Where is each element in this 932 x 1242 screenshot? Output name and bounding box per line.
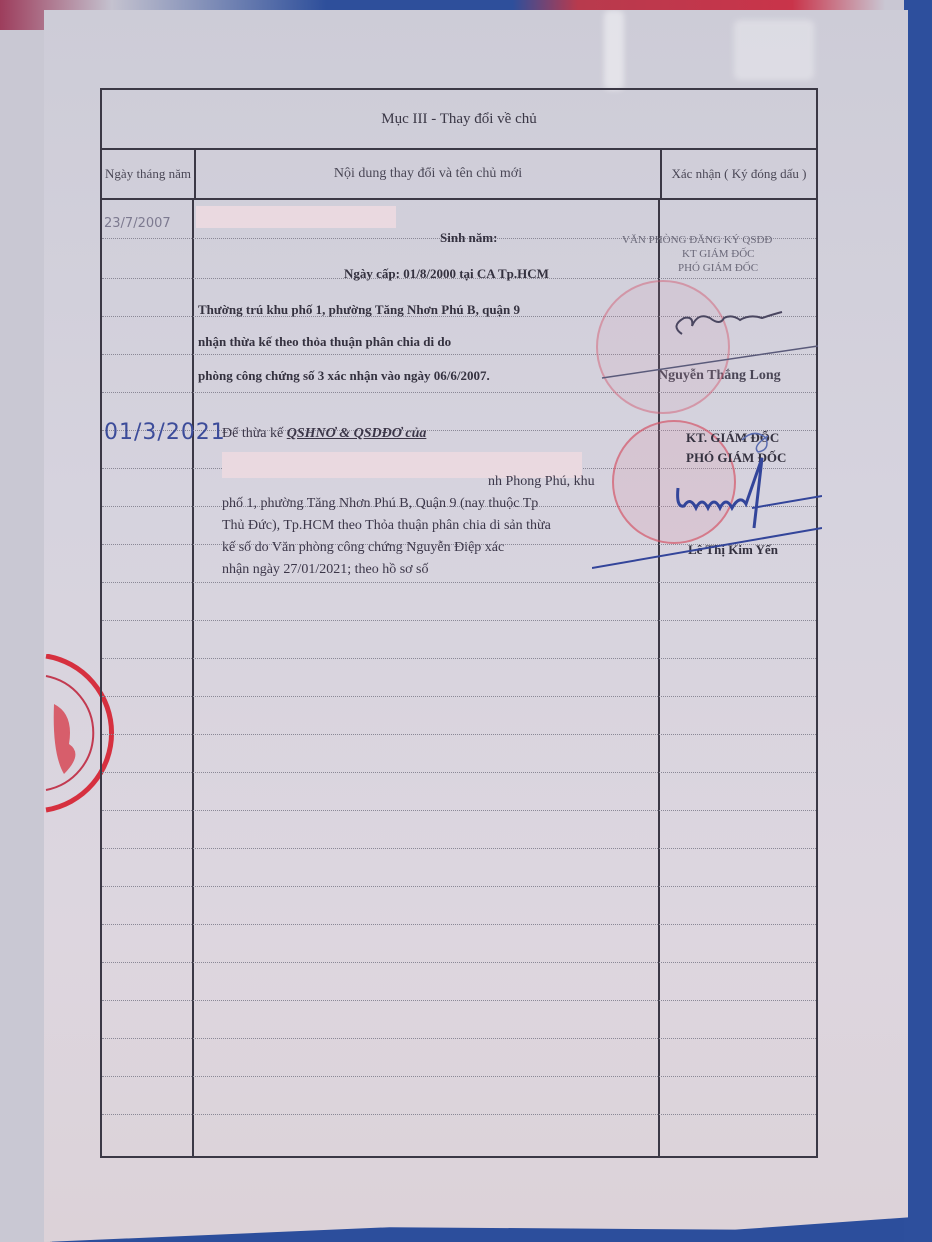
- signature-entry2: [592, 418, 822, 588]
- entry2-line: Thủ Đức), Tp.HCM theo Thỏa thuận phân ch…: [222, 518, 551, 534]
- rule-line: [102, 848, 816, 849]
- entry1-date: 23/7/2007: [104, 216, 171, 231]
- glare: [734, 20, 814, 80]
- entry2-date: 01/3/2021: [104, 420, 226, 445]
- ownership-change-table: Mục III - Thay đổi về chủ Ngày tháng năm…: [100, 88, 818, 1158]
- header-date: Ngày tháng năm: [102, 150, 194, 200]
- entry2-line: nhận ngày 27/01/2021; theo hồ sơ số: [222, 562, 429, 578]
- rule-line: [102, 810, 816, 811]
- entry2-line: kế số do Văn phòng công chứng Nguyễn Điệ…: [222, 540, 504, 556]
- entry1-line: Thường trú khu phố 1, phường Tăng Nhơn P…: [198, 302, 520, 318]
- rule-line: [102, 924, 816, 925]
- rule-line: [102, 886, 816, 887]
- adjacent-page-edge: [14, 70, 45, 1242]
- redacted-name: [196, 206, 396, 228]
- rule-line: [102, 696, 816, 697]
- rule-line: [102, 1038, 816, 1039]
- rule-line: [102, 962, 816, 963]
- rule-line: [102, 1000, 816, 1001]
- rule-line: [102, 658, 816, 659]
- section-title: Mục III - Thay đổi về chủ: [102, 90, 816, 150]
- rule-line: [102, 620, 816, 621]
- entry1-line: Ngày cấp: 01/8/2000 tại CA Tp.HCM: [344, 266, 549, 282]
- entry2-intro: Để thừa kế QSHNƠ & QSDĐƠ của: [222, 426, 426, 442]
- rule-line: [102, 772, 816, 773]
- pen-stroke: [102, 318, 820, 398]
- rule-line: [102, 1114, 816, 1115]
- entry1-role1: KT GIÁM ĐỐC: [682, 248, 755, 260]
- glare: [604, 10, 624, 90]
- entry1-line: Sinh năm:: [440, 230, 497, 246]
- entry2-line: nh Phong Phú, khu: [488, 474, 595, 490]
- entry1-office: VĂN PHÒNG ĐĂNG KÝ QSDĐ: [622, 234, 772, 246]
- rule-line: [102, 734, 816, 735]
- background-right: [904, 0, 932, 1242]
- emphasis-text: QSHNƠ & QSDĐƠ của: [287, 426, 427, 441]
- rule-line: [102, 1076, 816, 1077]
- header-content: Nội dung thay đổi và tên chủ mới: [194, 150, 660, 200]
- entry2-line: phố 1, phường Tăng Nhơn Phú B, Quận 9 (n…: [222, 496, 538, 512]
- header-confirm: Xác nhận ( Ký đóng dấu ): [660, 150, 816, 200]
- entry1-role2: PHÓ GIÁM ĐỐC: [678, 262, 758, 274]
